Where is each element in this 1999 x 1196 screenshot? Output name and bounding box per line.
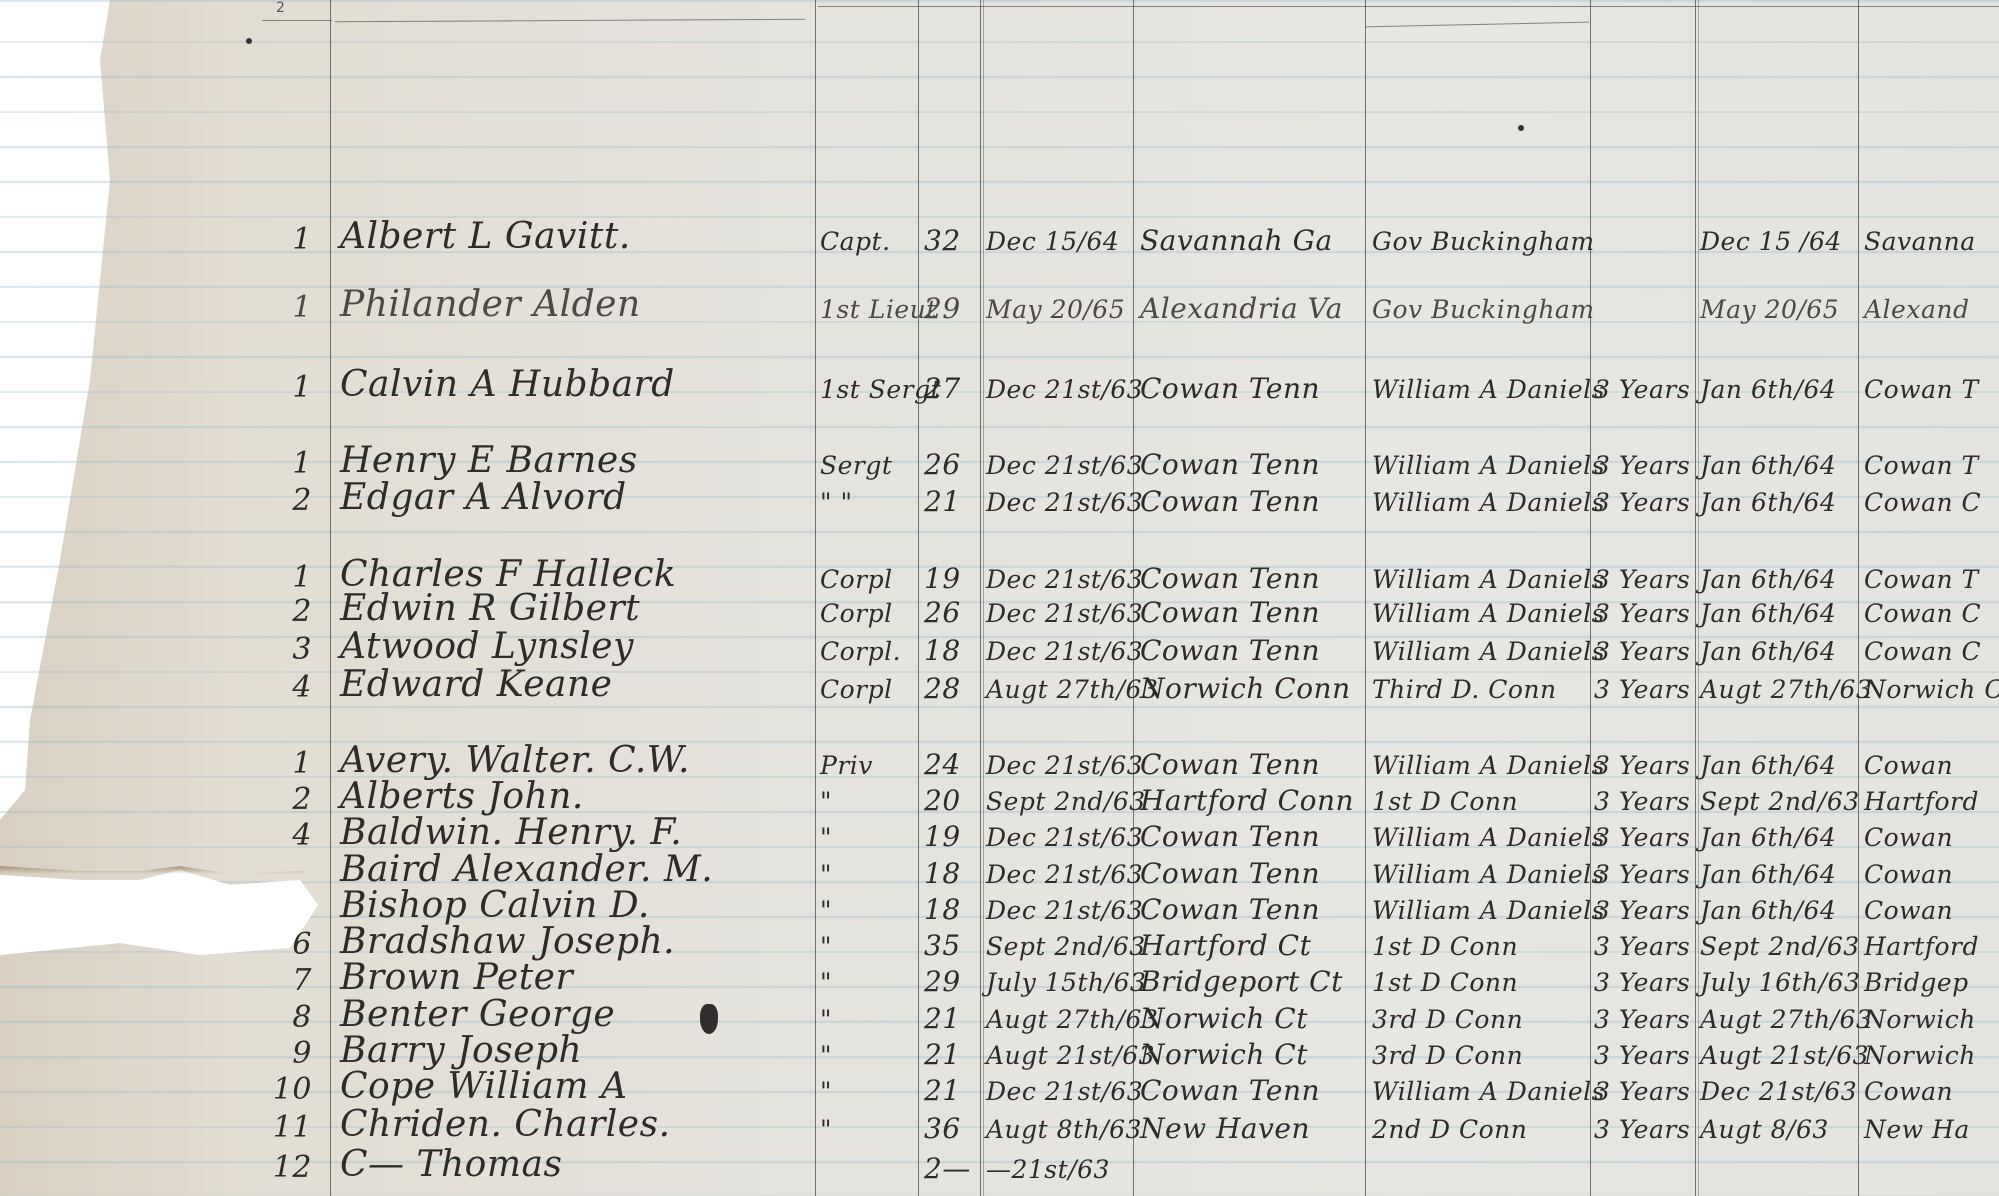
cell-mustered: Augt 27th/63 [1700,1005,1872,1034]
cell-mustered: Augt 8/63 [1700,1115,1829,1144]
cell-enlisted: Dec 21st/63 [986,1077,1143,1106]
cell-where: Cowan Tenn [1140,562,1320,595]
cell-by: William A Daniels [1372,637,1605,666]
cell-where: Cowan Tenn [1140,634,1320,667]
cell-name: Calvin A Hubbard [340,364,675,405]
cell-age: 26 [924,448,961,481]
cell-no: 4 [262,818,312,853]
cell-enlisted: —21st/63 [986,1155,1110,1184]
cell-rank: Corpl [820,675,893,704]
cell-where: Cowan Tenn [1140,857,1320,890]
cell-mustered: Jan 6th/64 [1700,565,1836,594]
cell-mustered: Jan 6th/64 [1700,375,1836,404]
cell-where: Norwich Ct [1140,1038,1308,1071]
cell-no: 8 [262,1000,312,1035]
cell-rank: " [820,968,832,997]
cell-where: Norwich Ct [1140,1002,1308,1035]
cell-mustered: May 20/65 [1700,295,1839,324]
cell-name: Atwood Lynsley [340,626,634,667]
cell-enlisted: Augt 27th/63 [986,1005,1158,1034]
cell-age: 2— [924,1152,971,1185]
cell-mustered-where: Cowan T [1864,451,1979,480]
cell-age: 21 [924,1002,961,1035]
ink-blot [700,1004,718,1034]
cell-mustered-where: Cowan [1864,823,1953,852]
cell-no: 2 [262,594,312,629]
cell-enlisted: Dec 21st/63 [986,375,1143,404]
cell-term: 3 Years [1594,1005,1690,1034]
ink-spot [246,38,252,44]
cell-mustered: Jan 6th/64 [1700,896,1836,925]
cell-where: Cowan Tenn [1140,448,1320,481]
cell-by: William A Daniels [1372,565,1605,594]
cell-rank: " [820,823,832,852]
cell-mustered-where: Cowan T [1864,375,1979,404]
cell-name: Bradshaw Joseph. [340,921,675,962]
cell-name: Alberts John. [340,776,584,817]
cell-rank: " [820,787,832,816]
header-mark: 2 [276,0,285,16]
column-line [980,0,981,1196]
cell-no: 12 [262,1150,312,1185]
cell-no: 6 [262,927,312,962]
cell-enlisted: July 15th/63 [986,968,1146,997]
cell-term: 3 Years [1594,968,1690,997]
cell-mustered-where: New Ha [1864,1115,1970,1144]
cell-rank: Corpl [820,565,893,594]
cell-no: 3 [262,632,312,667]
cell-enlisted: Dec 21st/63 [986,599,1143,628]
cell-rank: " [820,1041,832,1070]
cell-name: Baldwin. Henry. F. [340,812,682,853]
cell-mustered-where: Cowan [1864,860,1953,889]
cell-by: Gov Buckingham [1372,227,1595,256]
cell-term: 3 Years [1594,675,1690,704]
header-rule [818,6,1999,7]
cell-by: William A Daniels [1372,1077,1605,1106]
cell-mustered: Jan 6th/64 [1700,637,1836,666]
cell-where: Savannah Ga [1140,224,1333,257]
cell-name: Edwin R Gilbert [340,588,640,629]
cell-where: Cowan Tenn [1140,893,1320,926]
cell-mustered-where: Cowan C [1864,488,1981,517]
column-line [918,0,919,1196]
cell-by: 1st D Conn [1372,932,1518,961]
cell-no: 1 [262,446,312,481]
cell-no: 1 [262,746,312,781]
cell-rank: Corpl [820,599,893,628]
cell-enlisted: Dec 21st/63 [986,451,1143,480]
cell-rank: " " [820,488,852,517]
cell-term: 3 Years [1594,451,1690,480]
cell-age: 19 [924,820,961,853]
cell-mustered: Augt 27th/63 [1700,675,1872,704]
cell-rank: 1st Sergt [820,375,941,404]
cell-name: Barry Joseph [340,1030,582,1071]
cell-mustered-where: Norwich [1864,1005,1976,1034]
cell-where: Hartford Ct [1140,929,1311,962]
cell-where: Cowan Tenn [1140,748,1320,781]
cell-term: 3 Years [1594,565,1690,594]
cell-name: Bishop Calvin D. [340,885,650,926]
cell-name: Albert L Gavitt. [340,216,631,257]
cell-term: 3 Years [1594,860,1690,889]
cell-rank: " [820,1005,832,1034]
cell-age: 18 [924,857,961,890]
cell-enlisted: Dec 21st/63 [986,860,1143,889]
cell-no: 1 [262,290,312,325]
cell-rank: Sergt [820,451,892,480]
cell-where: Norwich Conn [1140,672,1351,705]
column-line [1695,0,1696,1196]
cell-no: 2 [262,782,312,817]
cell-age: 28 [924,672,961,705]
cell-age: 20 [924,784,961,817]
cell-age: 32 [924,224,961,257]
cell-age: 26 [924,596,961,629]
cell-by: Third D. Conn [1372,675,1557,704]
cell-mustered-where: Cowan [1864,1077,1953,1106]
cell-mustered: Jan 6th/64 [1700,451,1836,480]
cell-mustered: Jan 6th/64 [1700,860,1836,889]
cell-where: Cowan Tenn [1140,596,1320,629]
cell-age: 18 [924,634,961,667]
cell-enlisted: Augt 27th/63 [986,675,1158,704]
cell-name: Edward Keane [340,664,612,705]
cell-where: Cowan Tenn [1140,820,1320,853]
cell-rank: Corpl. [820,637,901,666]
cell-no: 1 [262,560,312,595]
cell-by: 3rd D Conn [1372,1005,1523,1034]
cell-by: William A Daniels [1372,488,1605,517]
cell-age: 36 [924,1112,961,1145]
cell-term: 3 Years [1594,823,1690,852]
cell-no: 4 [262,670,312,705]
cell-enlisted: Dec 15/64 [986,227,1119,256]
cell-by: Gov Buckingham [1372,295,1595,324]
column-line [330,0,331,1196]
cell-term: 3 Years [1594,488,1690,517]
cell-mustered: Sept 2nd/63 [1700,932,1860,961]
cell-name: Cope William A [340,1066,627,1107]
cell-enlisted: Augt 21st/63 [986,1041,1155,1070]
column-line [1365,0,1366,1196]
cell-mustered-where: Bridgep [1864,968,1969,997]
cell-rank: " [820,896,832,925]
cell-mustered-where: Hartford [1864,787,1979,816]
cell-rank: " [820,1115,832,1144]
cell-name: Benter George [340,994,615,1035]
cell-mustered: July 16th/63 [1700,968,1860,997]
cell-term: 3 Years [1594,751,1690,780]
cell-rank: " [820,860,832,889]
cell-rank: 1st Lieut [820,295,937,324]
cell-term: 3 Years [1594,375,1690,404]
cell-enlisted: Dec 21st/63 [986,637,1143,666]
cell-mustered-where: Cowan C [1864,637,1981,666]
cell-age: 24 [924,748,961,781]
cell-mustered: Dec 21st/63 [1700,1077,1857,1106]
cell-enlisted: Sept 2nd/63 [986,787,1146,816]
cell-by: 1st D Conn [1372,968,1518,997]
column-line [1590,0,1591,1196]
cell-name: Brown Peter [340,957,573,998]
cell-no: 7 [262,963,312,998]
column-line [815,0,816,1196]
cell-mustered-where: Cowan [1864,751,1953,780]
cell-age: 19 [924,562,961,595]
cell-no: 1 [262,370,312,405]
cell-mustered: Jan 6th/64 [1700,488,1836,517]
cell-mustered-where: Cowan [1864,896,1953,925]
cell-term: 3 Years [1594,637,1690,666]
cell-enlisted: Dec 21st/63 [986,488,1143,517]
cell-mustered: Jan 6th/64 [1700,751,1836,780]
cell-by: William A Daniels [1372,375,1605,404]
cell-age: 21 [924,485,961,518]
cell-term: 3 Years [1594,787,1690,816]
cell-enlisted: Sept 2nd/63 [986,932,1146,961]
cell-where: New Haven [1140,1112,1310,1145]
cell-by: William A Daniels [1372,751,1605,780]
cell-no: 2 [262,483,312,518]
cell-enlisted: May 20/65 [986,295,1125,324]
cell-rank: Capt. [820,227,891,256]
cell-mustered: Dec 15 /64 [1700,227,1842,256]
cell-name: Henry E Barnes [340,440,638,481]
ink-spot [1518,125,1524,131]
cell-age: 21 [924,1074,961,1107]
cell-mustered-where: Alexand [1864,295,1969,324]
cell-where: Hartford Conn [1140,784,1354,817]
cell-enlisted: Dec 21st/63 [986,751,1143,780]
cell-mustered: Jan 6th/64 [1700,823,1836,852]
cell-age: 21 [924,1038,961,1071]
cell-mustered-where: Norwich [1864,1041,1976,1070]
cell-by: William A Daniels [1372,823,1605,852]
cell-by: 2nd D Conn [1372,1115,1527,1144]
cell-age: 29 [924,965,961,998]
cell-by: William A Daniels [1372,451,1605,480]
cell-by: William A Daniels [1372,896,1605,925]
cell-enlisted: Dec 21st/63 [986,896,1143,925]
cell-term: 3 Years [1594,1041,1690,1070]
cell-age: 18 [924,893,961,926]
cell-term: 3 Years [1594,896,1690,925]
cell-term: 3 Years [1594,1077,1690,1106]
cell-where: Alexandria Va [1140,292,1343,325]
cell-mustered-where: Cowan C [1864,599,1981,628]
cell-mustered: Augt 21st/63 [1700,1041,1869,1070]
cell-term: 3 Years [1594,932,1690,961]
cell-name: Baird Alexander. M. [340,849,713,890]
cell-by: William A Daniels [1372,599,1605,628]
cell-no: 10 [262,1072,312,1107]
cell-enlisted: Augt 8th/63 [986,1115,1142,1144]
cell-by: 3rd D Conn [1372,1041,1523,1070]
cell-name: Philander Alden [340,284,641,325]
cell-name: Avery. Walter. C.W. [340,740,690,781]
cell-mustered-where: Savanna [1864,227,1976,256]
cell-rank: " [820,1077,832,1106]
cell-name: Edgar A Alvord [340,477,627,518]
cell-by: William A Daniels [1372,860,1605,889]
cell-mustered-where: Norwich C [1864,675,1999,704]
cell-mustered: Jan 6th/64 [1700,599,1836,628]
cell-where: Cowan Tenn [1140,372,1320,405]
cell-name: C— Thomas [340,1144,562,1185]
cell-no: 11 [262,1110,312,1145]
cell-where: Cowan Tenn [1140,1074,1320,1107]
cell-by: 1st D Conn [1372,787,1518,816]
cell-where: Bridgeport Ct [1140,965,1343,998]
cell-term: 3 Years [1594,599,1690,628]
cell-term: 3 Years [1594,1115,1690,1144]
cell-name: Chriden. Charles. [340,1104,671,1145]
cell-rank: Priv [820,751,873,780]
cell-where: Cowan Tenn [1140,485,1320,518]
cell-mustered: Sept 2nd/63 [1700,787,1860,816]
cell-age: 27 [924,372,961,405]
cell-mustered-where: Hartford [1864,932,1979,961]
cell-rank: " [820,932,832,961]
header-rule [262,20,332,21]
cell-enlisted: Dec 21st/63 [986,565,1143,594]
cell-enlisted: Dec 21st/63 [986,823,1143,852]
cell-no: 9 [262,1036,312,1071]
cell-no: 1 [262,222,312,257]
cell-age: 35 [924,929,961,962]
cell-age: 29 [924,292,961,325]
cell-mustered-where: Cowan T [1864,565,1979,594]
